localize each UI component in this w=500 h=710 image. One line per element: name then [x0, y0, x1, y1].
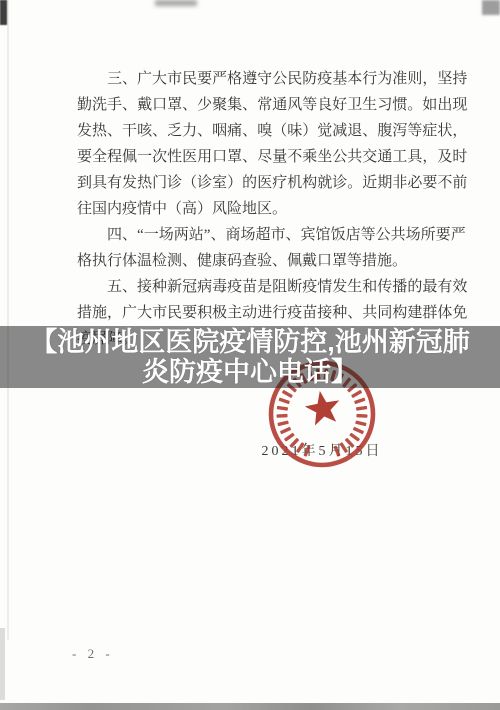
- text-line: 三、广大市民要严格遵守公民防疫基本行为准则，坚持: [77, 66, 437, 92]
- scan-artifact-top-right: [482, 0, 500, 15]
- scan-artifact-top-left: [0, 0, 7, 25]
- seo-overlay-banner: 【池州地区医院疫情防控,池州新冠肺 炎防疫中心电话】: [0, 326, 500, 388]
- text-line: 要全程佩一次性医用口罩、尽量不乘坐公共交通工具，及时: [77, 144, 437, 170]
- seal-star-icon: [303, 388, 343, 427]
- text-line: 四、“一场两站”、商场超市、宾馆饭店等公共场所要严: [77, 222, 437, 248]
- scan-artifact-bottom-strip: [0, 703, 500, 710]
- scan-artifact-left-line: [7, 0, 9, 640]
- page-number: - 2 -: [72, 646, 114, 662]
- text-line: 五、接种新冠病毒疫苗是阻断疫情发生和传播的最有效: [77, 274, 437, 300]
- text-line: 措施，广大市民要积极主动进行疫苗接种、共同构建群体免: [77, 300, 437, 326]
- body-text: 三、广大市民要严格遵守公民防疫基本行为准则，坚持勤洗手、戴口罩、少聚集、常通风等…: [77, 66, 437, 352]
- text-line: 勤洗手、戴口罩、少聚集、常通风等良好卫生习惯。如出现: [77, 92, 437, 118]
- scan-artifact-top-smudge: [155, 0, 197, 6]
- scanned-document-page: 三、广大市民要严格遵守公民防疫基本行为准则，坚持勤洗手、戴口罩、少聚集、常通风等…: [0, 0, 500, 710]
- scan-artifact-bottom-left: [0, 628, 5, 700]
- text-line: 发热、干咳、乏力、咽痛、嗅（味）觉减退、腹泻等症状，: [77, 118, 437, 144]
- text-line: 格执行体温检测、健康码查验、佩戴口罩等措施。: [77, 248, 437, 274]
- banner-text-line-2: 炎防疫中心电话】: [142, 357, 358, 387]
- text-line: 到具有发热门诊（诊室）的医疗机构就诊。近期非必要不前: [77, 170, 437, 196]
- text-line: 往国内疫情中（高）风险地区。: [77, 196, 437, 222]
- banner-text-line-1: 【池州地区医院疫情防控,池州新冠肺: [30, 327, 470, 357]
